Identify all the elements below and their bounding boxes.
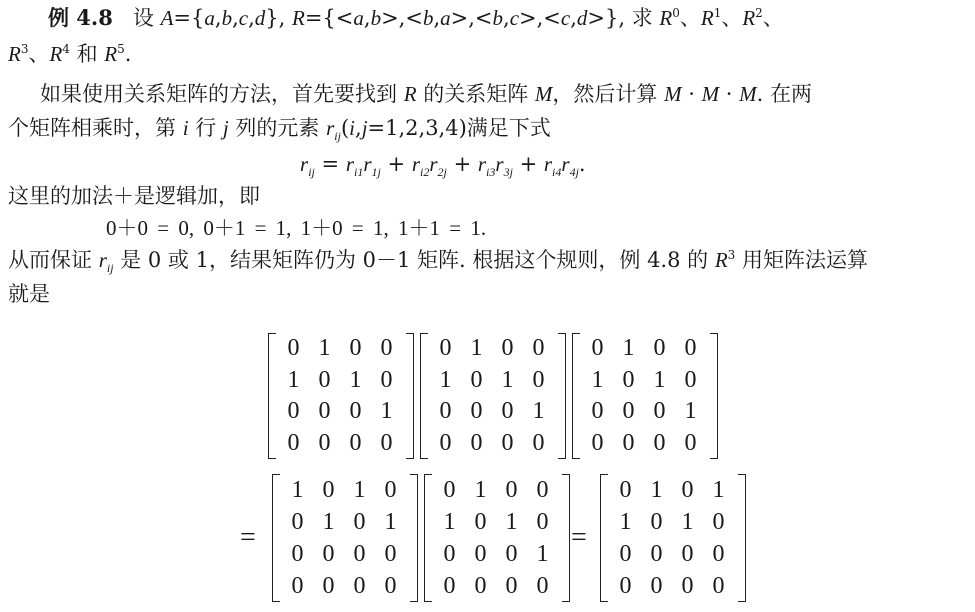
- matrix-cell: 0: [282, 506, 313, 538]
- matrix-cell: 1: [641, 474, 672, 506]
- matrix-cell: 0: [313, 570, 344, 602]
- matrix-cell: 0: [703, 538, 734, 570]
- matrix-cell: 0: [309, 365, 340, 397]
- matrix-cell: 0: [313, 538, 344, 570]
- matrix-cell: 0: [430, 396, 461, 428]
- matrix-M-4: 0100101000010000: [424, 474, 570, 602]
- matrix-M-3: 0100101000010000: [572, 333, 718, 459]
- matrix-cell: 0: [278, 396, 309, 428]
- matrix-cell: 1: [278, 365, 309, 397]
- matrix-cell: 0: [309, 428, 340, 460]
- matrix-cell: 0: [613, 428, 644, 460]
- matrix-M3: 0101101000000000: [600, 474, 746, 602]
- matrix-cell: 0: [641, 570, 672, 602]
- matrix-cell: 0: [644, 428, 675, 460]
- matrix-cell: 0: [523, 365, 554, 397]
- matrix-cell: 0: [371, 333, 402, 365]
- matrix-cell: 0: [527, 474, 558, 506]
- matrix-cell: 0: [465, 570, 496, 602]
- matrix-cell: 0: [496, 538, 527, 570]
- matrix-cell: 0: [430, 333, 461, 365]
- matrix-cell: 0: [375, 538, 406, 570]
- matrix-M2: 1010010100000000: [272, 474, 418, 602]
- matrix-cell: 1: [496, 506, 527, 538]
- text: 设 A={a,b,c,d}, R={<a,b>,<b,a>,<b,c>,<c,d…: [133, 6, 784, 30]
- matrix-cell: 1: [672, 506, 703, 538]
- matrix-cell: 0: [527, 506, 558, 538]
- paragraph3-line2: 就是: [8, 280, 50, 308]
- matrix-cell: 0: [703, 506, 734, 538]
- matrix-cell: 0: [430, 428, 461, 460]
- matrix-cell: 0: [344, 570, 375, 602]
- matrix-cell: 0: [672, 538, 703, 570]
- matrix-cell: 0: [492, 428, 523, 460]
- matrix-cell: 0: [675, 333, 706, 365]
- matrix-cell: 1: [344, 474, 375, 506]
- matrix-cell: 1: [461, 333, 492, 365]
- matrix-cell: 0: [644, 396, 675, 428]
- matrix-cell: 0: [375, 474, 406, 506]
- matrix-cell: 0: [465, 506, 496, 538]
- matrix-cell: 1: [313, 506, 344, 538]
- matrix-cell: 0: [309, 396, 340, 428]
- matrix-cell: 0: [613, 396, 644, 428]
- matrix-cell: 0: [313, 474, 344, 506]
- matrix-cell: 1: [492, 365, 523, 397]
- matrix-cell: 1: [371, 396, 402, 428]
- matrix-cell: 0: [434, 570, 465, 602]
- matrix-cell: 0: [344, 506, 375, 538]
- matrix-cell: 0: [434, 538, 465, 570]
- matrix-cell: 0: [465, 538, 496, 570]
- matrix-cell: 1: [644, 365, 675, 397]
- matrix-cell: 0: [492, 333, 523, 365]
- matrix-cell: 0: [344, 538, 375, 570]
- equals-sign-1: =: [240, 522, 256, 554]
- matrix-cell: 1: [309, 333, 340, 365]
- matrix-cell: 1: [610, 506, 641, 538]
- matrix-cell: 1: [465, 474, 496, 506]
- paragraph3-line1: 从而保证 rij 是 0 或 1，结果矩阵仍为 0－1 矩阵. 根据这个规则，例…: [8, 246, 868, 274]
- matrix-cell: 0: [523, 333, 554, 365]
- matrix-cell: 1: [434, 506, 465, 538]
- logic-add: 0＋0 = 0, 0＋1 = 1, 1＋0 = 1, 1＋1 = 1.: [106, 214, 486, 242]
- matrix-cell: 0: [703, 570, 734, 602]
- matrix-cell: 0: [340, 396, 371, 428]
- matrix-cell: 0: [340, 333, 371, 365]
- paragraph1-line1: 如果使用关系矩阵的方法，首先要找到 R 的关系矩阵 M，然后计算 M · M ·…: [40, 80, 812, 108]
- matrix-cell: 0: [527, 570, 558, 602]
- matrix-cell: 1: [523, 396, 554, 428]
- formula: rij = ri1r1j + ri2r2j + ri3r3j + ri4r4j.: [300, 150, 586, 178]
- matrix-cell: 0: [496, 570, 527, 602]
- matrix-cell: 0: [461, 428, 492, 460]
- matrix-cell: 0: [371, 365, 402, 397]
- matrix-cell: 1: [282, 474, 313, 506]
- matrix-cell: 0: [672, 570, 703, 602]
- matrix-cell: 1: [582, 365, 613, 397]
- matrix-cell: 1: [613, 333, 644, 365]
- matrix-cell: 0: [340, 428, 371, 460]
- matrix-cell: 0: [610, 570, 641, 602]
- matrix-cell: 0: [461, 396, 492, 428]
- matrix-cell: 0: [582, 333, 613, 365]
- example-label: 例 4.8: [48, 5, 113, 30]
- matrix-cell: 0: [675, 365, 706, 397]
- paragraph2-line1: 这里的加法＋是逻辑加，即: [8, 182, 260, 210]
- matrix-cell: 0: [672, 474, 703, 506]
- example-line-2: R3、R4 和 R5.: [8, 40, 131, 68]
- matrix-M-1: 0100101000010000: [268, 333, 414, 459]
- equals-sign-2: =: [571, 522, 587, 554]
- matrix-cell: 0: [278, 333, 309, 365]
- matrix-cell: 0: [375, 570, 406, 602]
- matrix-cell: 0: [582, 428, 613, 460]
- matrix-cell: 0: [461, 365, 492, 397]
- matrix-cell: 1: [527, 538, 558, 570]
- matrix-cell: 0: [610, 474, 641, 506]
- example-heading-line: 例 4.8 设 A={a,b,c,d}, R={<a,b>,<b,a>,<b,c…: [48, 4, 784, 32]
- matrix-cell: 0: [610, 538, 641, 570]
- matrix-cell: 0: [371, 428, 402, 460]
- paragraph1-line2: 个矩阵相乘时，第 i 行 j 列的元素 rij(i,j=1,2,3,4)满足下式: [8, 114, 551, 142]
- matrix-cell: 0: [434, 474, 465, 506]
- matrix-M-2: 0100101000010000: [420, 333, 566, 459]
- matrix-cell: 0: [613, 365, 644, 397]
- matrix-cell: 1: [675, 396, 706, 428]
- matrix-cell: 1: [430, 365, 461, 397]
- matrix-cell: 0: [523, 428, 554, 460]
- matrix-cell: 0: [282, 570, 313, 602]
- matrix-cell: 0: [492, 396, 523, 428]
- matrix-cell: 0: [644, 333, 675, 365]
- matrix-cell: 0: [282, 538, 313, 570]
- matrix-cell: 0: [641, 506, 672, 538]
- matrix-cell: 1: [375, 506, 406, 538]
- matrix-cell: 1: [340, 365, 371, 397]
- matrix-cell: 0: [675, 428, 706, 460]
- matrix-cell: 0: [278, 428, 309, 460]
- matrix-cell: 1: [703, 474, 734, 506]
- matrix-cell: 0: [582, 396, 613, 428]
- matrix-cell: 0: [641, 538, 672, 570]
- matrix-cell: 0: [496, 474, 527, 506]
